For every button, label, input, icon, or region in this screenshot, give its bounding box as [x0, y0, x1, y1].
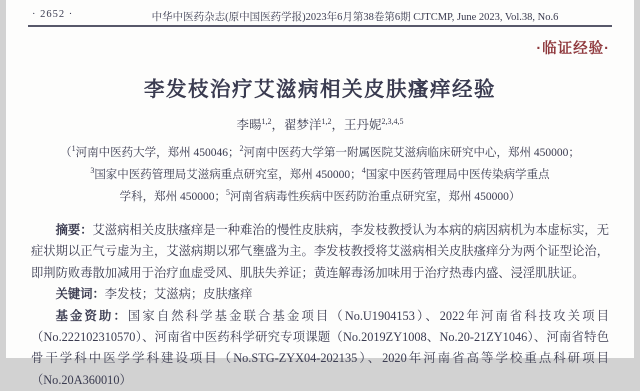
- front-matter: 摘要：艾滋病相关皮肤瘙痒是一种难治的慢性皮肤病，李发枝教授认为本病的病因病机为本…: [6, 220, 634, 367]
- author-1: 李暘1,2: [236, 118, 271, 132]
- article-title: 李发枝治疗艾滋病相关皮肤瘙痒经验: [6, 72, 634, 102]
- author-1-affil-marks: 1,2: [261, 117, 271, 126]
- author-3-affil-marks: 2,3,4,5: [382, 117, 404, 126]
- running-head: · 2652 · 中华中医药杂志(原中国医药学报)2023年6月第38卷第6期 …: [6, 0, 634, 22]
- keywords-text: 李发枝；艾滋病；皮肤瘙痒: [105, 287, 253, 301]
- author-2: 翟梦洋1,2: [284, 118, 332, 132]
- author-separator: ，: [332, 118, 345, 132]
- author-1-name: 李暘: [236, 118, 261, 132]
- affiliations-block: （1河南中医药大学，郑州 450046；2河南中医药大学第一附属医院艾滋病临床研…: [6, 142, 634, 208]
- abstract-text: 艾滋病相关皮肤瘙痒是一种难治的慢性皮肤病，李发枝教授认为本病的病因病机为本虚标实…: [31, 223, 609, 280]
- abstract-paragraph: 摘要：艾滋病相关皮肤瘙痒是一种难治的慢性皮肤病，李发枝教授认为本病的病因病机为本…: [31, 220, 609, 284]
- journal-header-line: 中华中医药杂志(原中国医药学报)2023年6月第38卷第6期 CJTCMP, J…: [6, 9, 634, 24]
- author-3-name: 王丹妮: [344, 118, 382, 132]
- keywords-label: 关键词：: [56, 287, 105, 301]
- author-line: 李暘1,2，翟梦洋1,2，王丹妮2,3,4,5: [6, 115, 634, 133]
- author-2-affil-marks: 1,2: [322, 117, 332, 126]
- funding-label: 基金资助：: [56, 309, 128, 323]
- section-label: ·临证经验·: [6, 37, 634, 58]
- header-rule: [28, 25, 612, 27]
- affiliation-line-3: 学科，郑州 450000；5河南省病毒性疾病中医药防治重点研究室，郑州 4500…: [6, 186, 634, 208]
- affiliation-line-2: 3国家中医药管理局艾滋病重点研究室，郑州 450000；4国家中医药管理局中医传…: [6, 164, 634, 186]
- author-separator: ，: [271, 118, 284, 132]
- keywords-paragraph: 关键词：李发枝；艾滋病；皮肤瘙痒: [31, 284, 609, 305]
- author-2-name: 翟梦洋: [284, 118, 322, 132]
- affiliation-line-1: （1河南中医药大学，郑州 450046；2河南中医药大学第一附属医院艾滋病临床研…: [6, 142, 634, 164]
- author-3: 王丹妮2,3,4,5: [344, 118, 404, 132]
- page-number: · 2652 ·: [32, 9, 73, 20]
- journal-page: · 2652 · 中华中医药杂志(原中国医药学报)2023年6月第38卷第6期 …: [6, 0, 634, 358]
- funding-paragraph: 基金资助：国家自然科学基金联合基金项目（No.U1904153）、2022年河南…: [31, 306, 609, 367]
- abstract-label: 摘要：: [56, 223, 93, 237]
